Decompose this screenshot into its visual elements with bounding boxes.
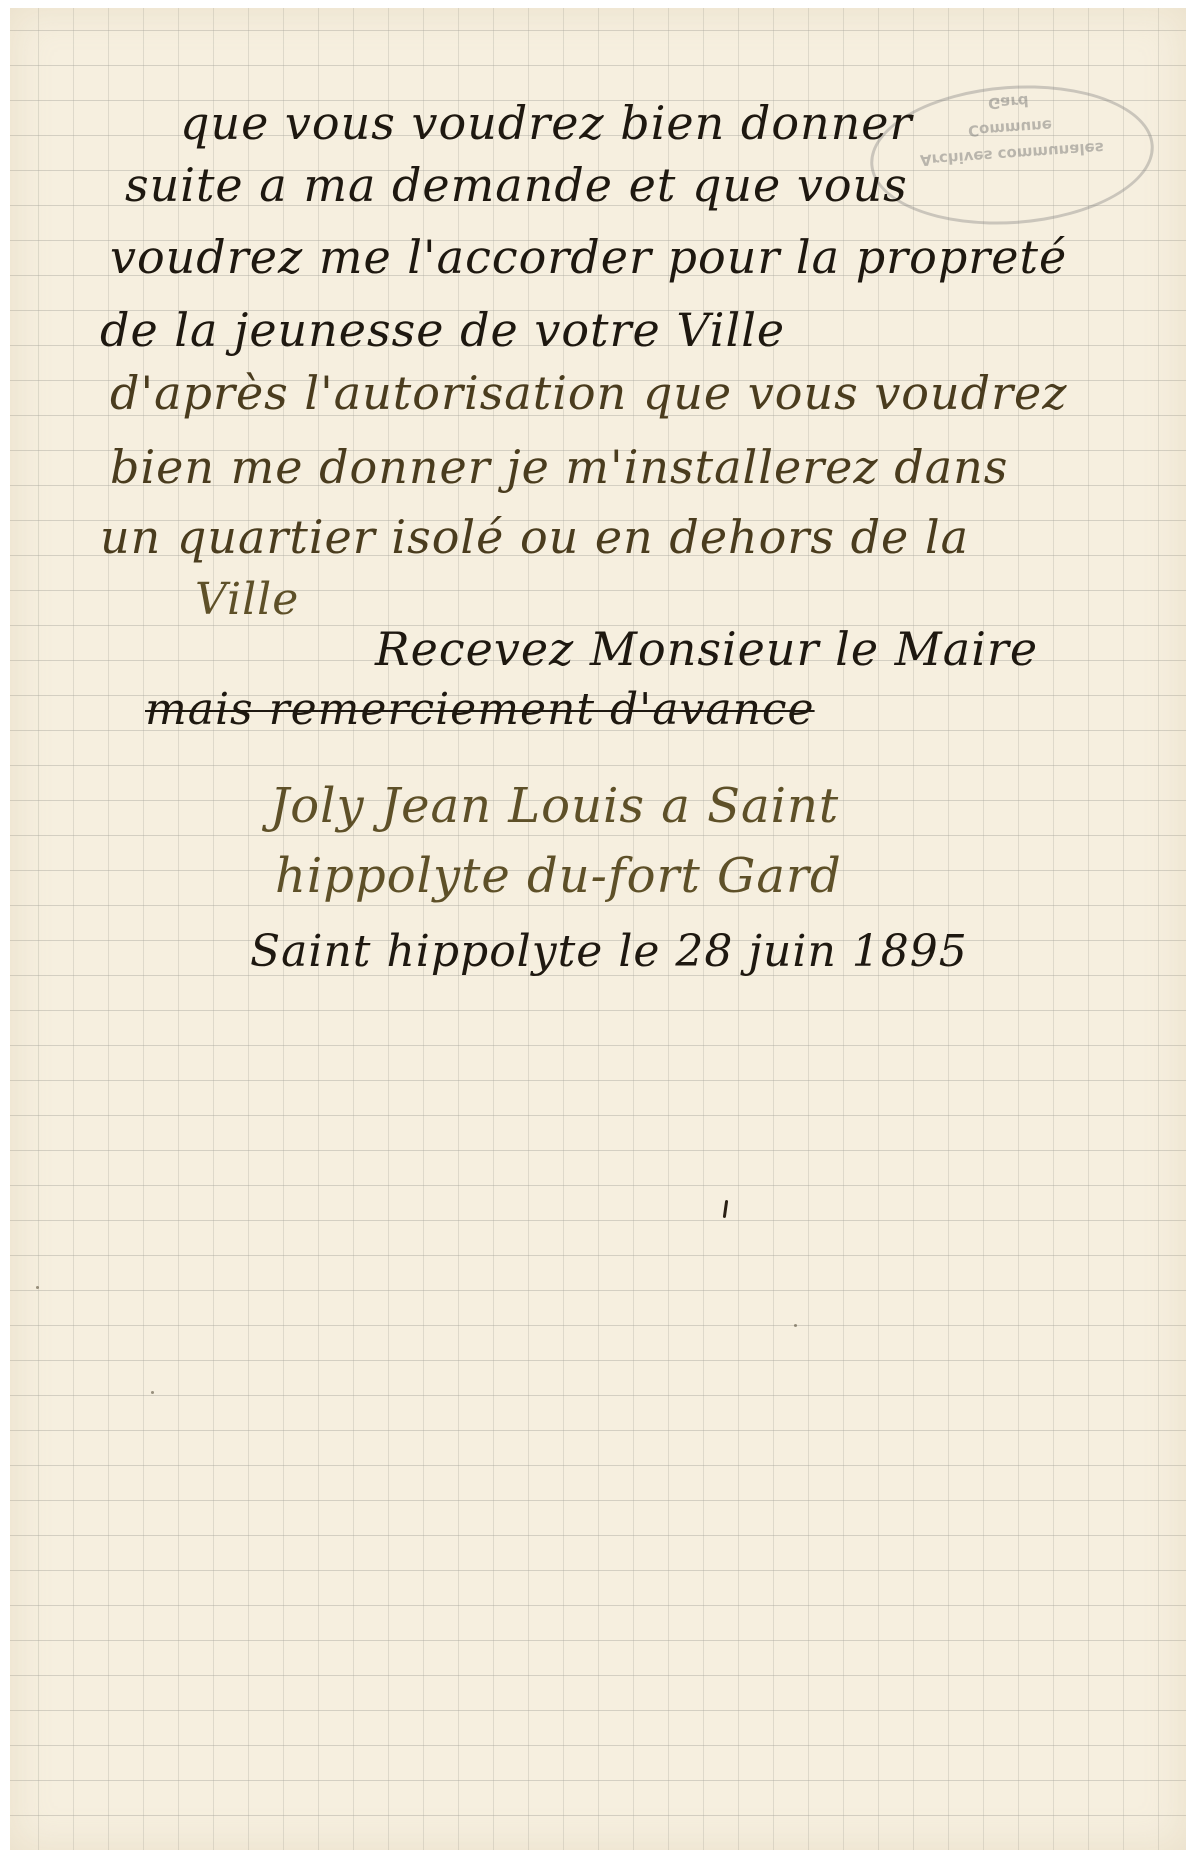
paper-speck [794, 1324, 797, 1327]
signature-line-2: hippolyte du-fort Gard [275, 848, 842, 904]
dateline: Saint hippolyte le 28 juin 1895 [250, 926, 968, 977]
letter-page: Archives communales Commune Gard que vou… [10, 8, 1186, 1850]
stray-ink-mark [723, 1200, 728, 1218]
paper-speck [151, 1391, 154, 1394]
body-line-4: de la jeunesse de votre Ville [100, 303, 785, 357]
body-line-7: un quartier isolé ou en dehors de la [100, 510, 969, 564]
body-line-3: voudrez me l'accorder pour la propreté [110, 230, 1067, 284]
signature-line-1: Joly Jean Louis a Saint [270, 778, 839, 834]
body-line-8: Ville [195, 574, 299, 625]
closing-salutation: Recevez Monsieur le Maire [375, 622, 1038, 676]
body-line-2: suite a ma demande et que vous [125, 158, 908, 212]
body-line-1: que vous voudrez bien donner [180, 96, 913, 150]
body-line-5: d'après l'autorisation que vous voudrez [110, 366, 1068, 420]
body-line-6: bien me donner je m'installerez dans [110, 440, 1008, 494]
closing-thanks: mais remerciement d'avance [145, 684, 815, 735]
paper-speck [36, 1286, 39, 1289]
